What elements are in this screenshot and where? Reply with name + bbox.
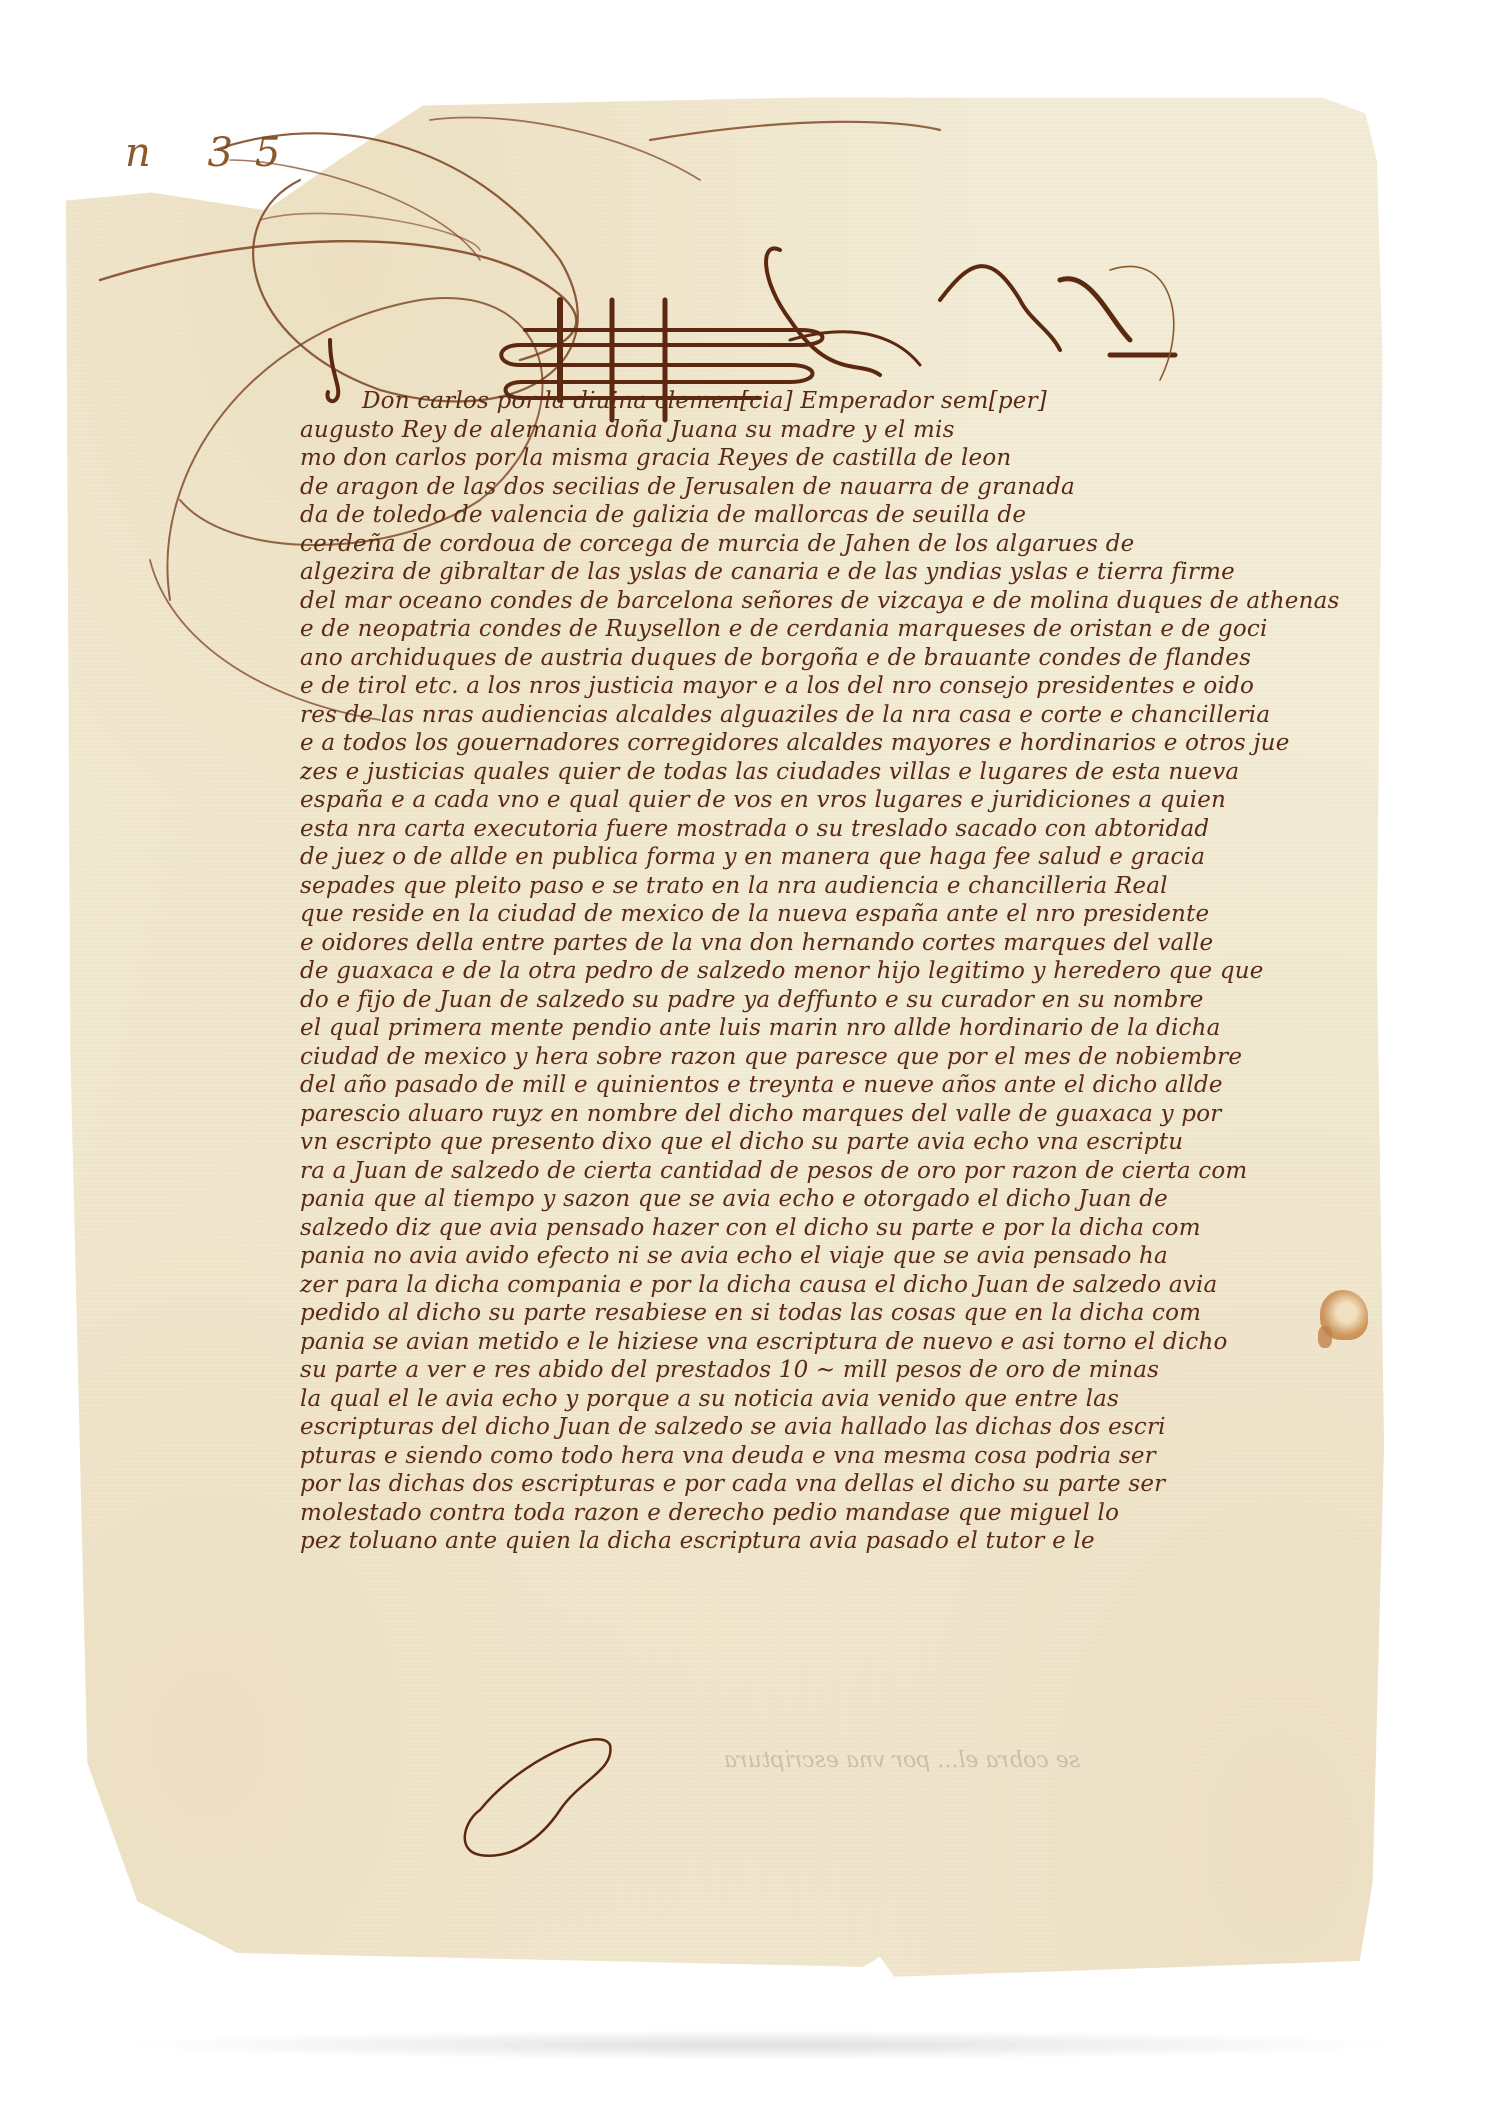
manuscript-line: e a todos los gouernadores corregidores … <box>300 729 1400 758</box>
manuscript-line: augusto Rey de alemania doña Juana su ma… <box>300 416 1400 445</box>
manuscript-line: res de las nras audiencias alcaldes algu… <box>300 701 1400 730</box>
manuscript-line: de aragon de las dos secilias de Jerusal… <box>300 473 1400 502</box>
manuscript-line: por las dichas dos escripturas e por cad… <box>300 1470 1400 1499</box>
manuscript-line: ciudad de mexico y hera sobre razon que … <box>300 1043 1400 1072</box>
manuscript-line: pania se avian metido e le hiziese vna e… <box>300 1328 1400 1357</box>
page-shadow <box>110 2030 1410 2060</box>
manuscript-line: la qual el le avia echo y porque a su no… <box>300 1385 1400 1414</box>
shelfmark-annotation: n 35 <box>125 130 302 176</box>
manuscript-line: pez toluano ante quien la dicha escriptu… <box>300 1527 1400 1556</box>
manuscript-body: Don carlos por la diuina clemen[cia] Emp… <box>300 387 1400 1556</box>
manuscript-line: mo don carlos por la misma gracia Reyes … <box>300 444 1400 473</box>
manuscript-line: su parte a ver e res abido del prestados… <box>300 1356 1400 1385</box>
manuscript-line: e de tirol etc. a los nros justicia mayo… <box>300 672 1400 701</box>
manuscript-line: del mar oceano condes de barcelona señor… <box>300 587 1400 616</box>
manuscript-line: el qual primera mente pendio ante luis m… <box>300 1014 1400 1043</box>
manuscript-line: parescio aluaro ruyz en nombre del dicho… <box>300 1100 1400 1129</box>
manuscript-line: zer para la dicha compania e por la dich… <box>300 1271 1400 1300</box>
manuscript-line: cerdeña de cordoua de corcega de murcia … <box>300 530 1400 559</box>
manuscript-line: pania no avia avido efecto ni se avia ec… <box>300 1242 1400 1271</box>
manuscript-line: pedido al dicho su parte resabiese en si… <box>300 1299 1400 1328</box>
manuscript-line: do e fijo de Juan de salzedo su padre ya… <box>300 986 1400 1015</box>
ink-stain-drip <box>1318 1326 1332 1348</box>
bleed-through-text: se cobra el... por vna escriptura <box>520 1748 1080 1784</box>
manuscript-line: salzedo diz que avia pensado hazer con e… <box>300 1214 1400 1243</box>
manuscript-line: esta nra carta executoria fuere mostrada… <box>300 815 1400 844</box>
manuscript-line: da de toledo de valencia de galizia de m… <box>300 501 1400 530</box>
manuscript-line: escripturas del dicho Juan de salzedo se… <box>300 1413 1400 1442</box>
manuscript-line: pania que al tiempo y sazon que se avia … <box>300 1185 1400 1214</box>
manuscript-line: que reside en la ciudad de mexico de la … <box>300 900 1400 929</box>
manuscript-line: zes e justicias quales quier de todas la… <box>300 758 1400 787</box>
manuscript-line: del año pasado de mill e quinientos e tr… <box>300 1071 1400 1100</box>
manuscript-line: ra a Juan de salzedo de cierta cantidad … <box>300 1157 1400 1186</box>
manuscript-line: sepades que pleito paso e se trato en la… <box>300 872 1400 901</box>
manuscript-line: Don carlos por la diuina clemen[cia] Emp… <box>300 387 1400 416</box>
manuscript-line: e de neopatria condes de Ruysellon e de … <box>300 615 1400 644</box>
manuscript-line: españa e a cada vno e qual quier de vos … <box>300 786 1400 815</box>
manuscript-line: algezira de gibraltar de las yslas de ca… <box>300 558 1400 587</box>
manuscript-line: molestado contra toda razon e derecho pe… <box>300 1499 1400 1528</box>
manuscript-line: ano archiduques de austria duques de bor… <box>300 644 1400 673</box>
manuscript-line: e oidores della entre partes de la vna d… <box>300 929 1400 958</box>
manuscript-line: vn escripto que presento dixo que el dic… <box>300 1128 1400 1157</box>
manuscript-line: de guaxaca e de la otra pedro de salzedo… <box>300 957 1400 986</box>
manuscript-line: de juez o de allde en publica forma y en… <box>300 843 1400 872</box>
manuscript-line: pturas e siendo como todo hera vna deuda… <box>300 1442 1400 1471</box>
